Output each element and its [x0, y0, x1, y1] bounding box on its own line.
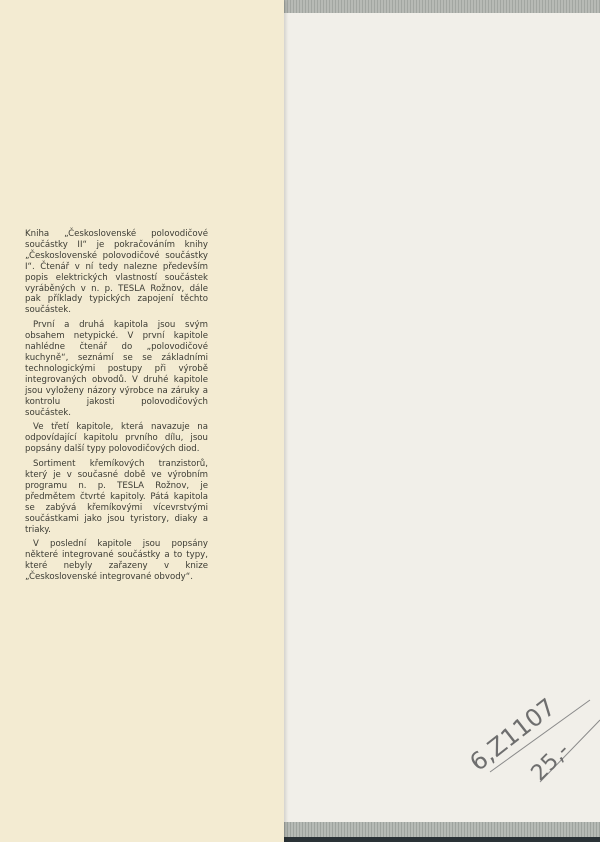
- cloth-binding-top: [284, 0, 600, 13]
- blurb-paragraph: Ve třetí kapitole, která navazuje na odp…: [25, 422, 208, 455]
- cloth-binding-bottom: [284, 822, 600, 838]
- blurb-paragraph: V poslední kapitole jsou popsány některé…: [25, 539, 208, 583]
- blurb-paragraph: Kniha „Československé polovodičové součá…: [25, 229, 208, 316]
- flap-blurb: Kniha „Československé polovodičové součá…: [25, 229, 208, 587]
- dust-jacket-flap: Kniha „Československé polovodičové součá…: [0, 0, 284, 842]
- handwritten-price: 25,-: [527, 738, 575, 786]
- blurb-paragraph: První a druhá kapitola jsou svým obsahem…: [25, 320, 208, 418]
- blurb-paragraph: Sortiment křemíkových tranzistorů, který…: [25, 459, 208, 535]
- pencil-price-note: 6,Z1107 25,-: [440, 690, 600, 800]
